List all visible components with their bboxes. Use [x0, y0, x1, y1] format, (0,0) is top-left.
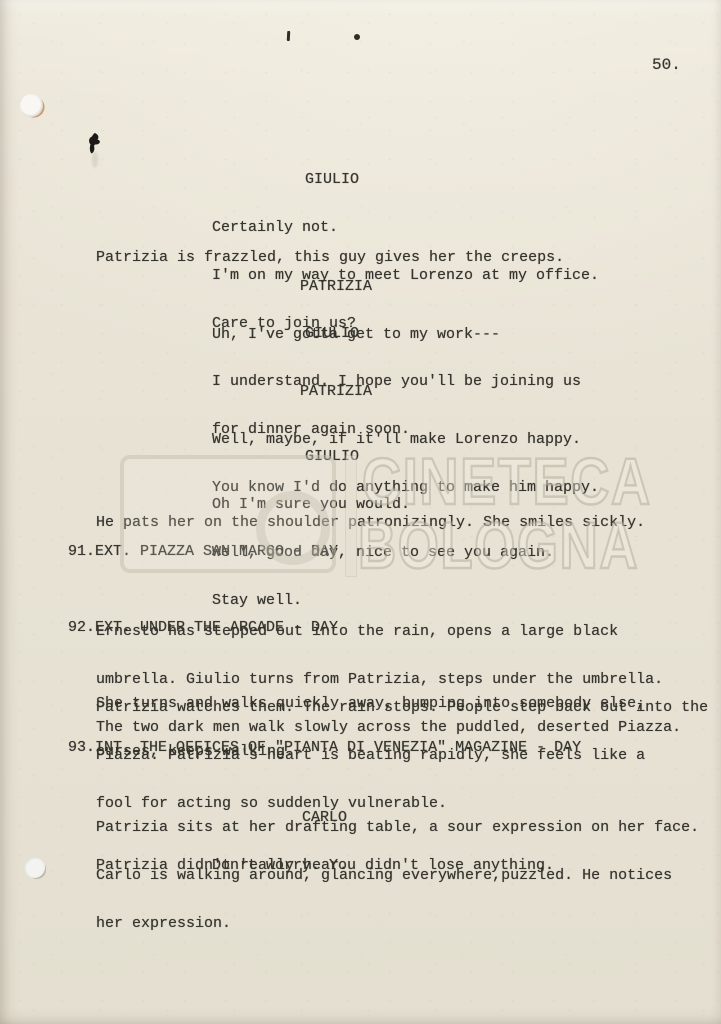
hole-punch-top — [20, 94, 43, 117]
character-cue: GIULIO — [305, 326, 581, 342]
character-cue: PATRIZIA — [300, 279, 500, 295]
stray-dot-mark — [354, 34, 360, 40]
character-cue: CARLO — [302, 810, 554, 826]
action-block: Patrizia didn't really hear. — [96, 826, 348, 906]
ink-smudge — [92, 152, 98, 168]
scene-heading-text: EXT. UNDER THE ARCADE - DAY — [95, 619, 338, 636]
scene-heading-text: INT. THE OFFICES OF "PIANTA DI VENEZIA" … — [95, 739, 581, 756]
scene-number: 92. — [68, 619, 95, 636]
scene-number: 91. — [68, 543, 95, 560]
scene-heading: 92.EXT. UNDER THE ARCADE - DAY — [68, 620, 708, 636]
character-cue: GIULIO — [305, 449, 554, 465]
stray-tick-mark — [287, 31, 291, 41]
character-cue: PATRIZIA — [300, 384, 599, 400]
action-line: Patrizia didn't really hear. — [96, 858, 348, 874]
page-number: 50. — [652, 57, 681, 73]
script-page: 50. GIULIO Certainly not. I'm on my way … — [0, 0, 721, 1024]
scene-number: 93. — [68, 739, 95, 756]
scene-heading: 91.EXT. PIAZZA SAN MARCO - DAY — [68, 544, 681, 560]
scene-heading: 93.INT. THE OFFICES OF "PIANTA DI VENEZI… — [68, 740, 699, 756]
scene-heading-text: EXT. PIAZZA SAN MARCO - DAY — [95, 543, 338, 560]
description-line: her expression. — [96, 916, 699, 932]
character-cue: GIULIO — [305, 172, 599, 188]
hole-punch-bottom — [24, 857, 45, 878]
